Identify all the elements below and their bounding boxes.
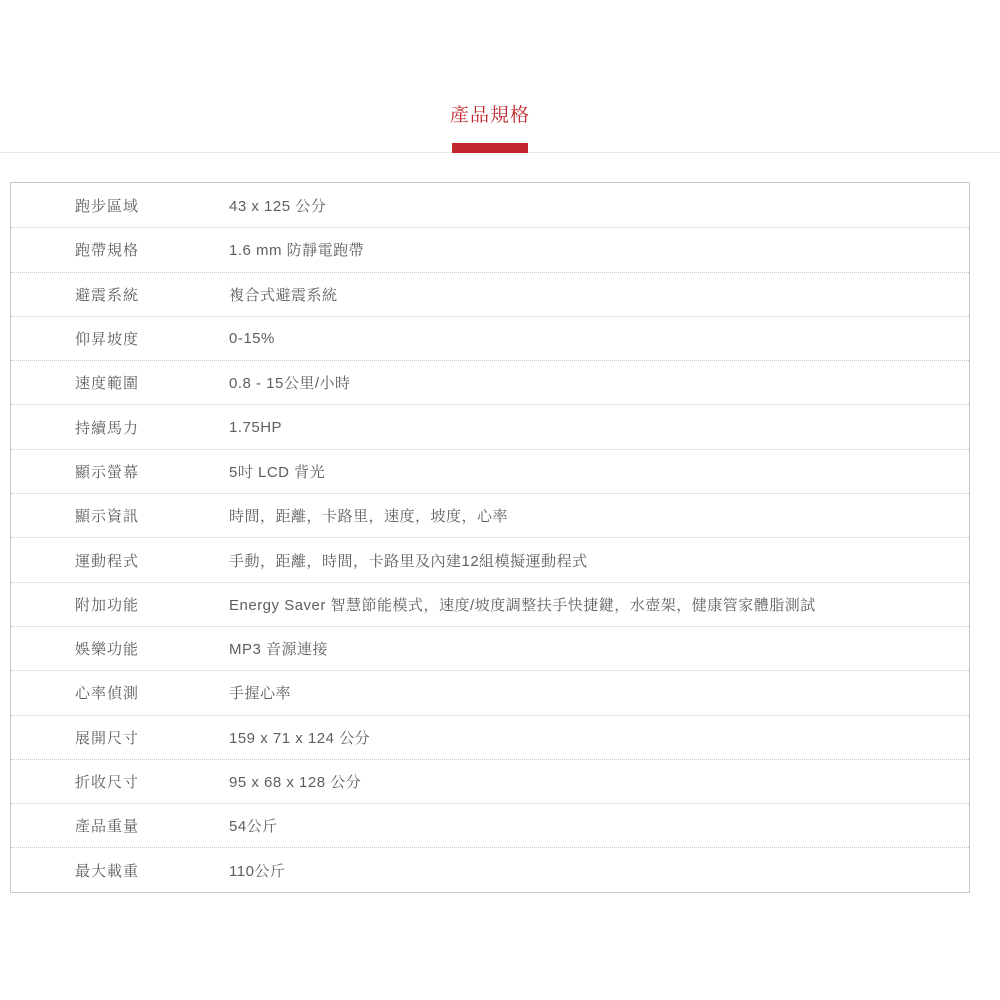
spec-label: 最大載重 [75, 860, 229, 881]
spec-value: 5吋 LCD 背光 [229, 461, 325, 482]
spec-value: 0-15% [229, 330, 275, 347]
spec-row: 顯示螢幕 5吋 LCD 背光 [11, 449, 969, 493]
spec-label: 速度範圍 [75, 372, 229, 393]
spec-row: 避震系統 複合式避震系統 [11, 272, 969, 316]
spec-row: 折收尺寸 95 x 68 x 128 公分 [11, 759, 969, 803]
spec-label: 持續馬力 [75, 417, 229, 438]
spec-value: 43 x 125 公分 [229, 195, 326, 216]
spec-row: 跑步區域 43 x 125 公分 [11, 183, 969, 227]
spec-row: 最大載重 110公斤 [11, 847, 969, 891]
spec-row: 持續馬力 1.75HP [11, 404, 969, 448]
spec-value: 159 x 71 x 124 公分 [229, 727, 370, 748]
spec-row: 顯示資訊 時間，距離，卡路里，速度，坡度，心率 [11, 493, 969, 537]
spec-row: 仰昇坡度 0-15% [11, 316, 969, 360]
spec-value: 手握心率 [229, 682, 291, 703]
spec-row: 心率偵測 手握心率 [11, 670, 969, 714]
spec-value: 手動，距離，時間，卡路里及內建12組模擬運動程式 [229, 550, 588, 571]
spec-value: 54公斤 [229, 815, 278, 836]
spec-label: 跑步區域 [75, 195, 229, 216]
spec-value: 時間，距離，卡路里，速度，坡度，心率 [229, 505, 508, 526]
spec-row: 速度範圍 0.8 - 15公里/小時 [11, 360, 969, 404]
spec-label: 心率偵測 [75, 682, 229, 703]
spec-label: 展開尺寸 [75, 727, 229, 748]
spec-label: 折收尺寸 [75, 771, 229, 792]
spec-label: 運動程式 [75, 550, 229, 571]
spec-value: 110公斤 [229, 860, 285, 881]
spec-row: 展開尺寸 159 x 71 x 124 公分 [11, 715, 969, 759]
spec-label: 產品重量 [75, 815, 229, 836]
spec-value: MP3 音源連接 [229, 638, 328, 659]
spec-label: 跑帶規格 [75, 239, 229, 260]
section-title: 產品規格 [10, 100, 970, 127]
spec-row: 附加功能 Energy Saver 智慧節能模式，速度/坡度調整扶手快捷鍵，水壺… [11, 582, 969, 626]
spec-value: 1.6 mm 防靜電跑帶 [229, 239, 364, 260]
spec-label: 娛樂功能 [75, 638, 229, 659]
spec-label: 避震系統 [75, 284, 229, 305]
spec-value: 1.75HP [229, 419, 282, 436]
spec-label: 仰昇坡度 [75, 328, 229, 349]
spec-label: 附加功能 [75, 594, 229, 615]
spec-row: 跑帶規格 1.6 mm 防靜電跑帶 [11, 227, 969, 271]
spec-value: 95 x 68 x 128 公分 [229, 771, 361, 792]
spec-value: 0.8 - 15公里/小時 [229, 372, 351, 393]
title-accent-bar [452, 143, 528, 153]
spec-row: 娛樂功能 MP3 音源連接 [11, 626, 969, 670]
spec-row: 運動程式 手動，距離，時間，卡路里及內建12組模擬運動程式 [11, 537, 969, 581]
product-spec-page: 產品規格 跑步區域 43 x 125 公分 跑帶規格 1.6 mm 防靜電跑帶 … [0, 0, 1000, 1000]
spec-label: 顯示資訊 [75, 505, 229, 526]
spec-value: Energy Saver 智慧節能模式，速度/坡度調整扶手快捷鍵，水壺架，健康管… [229, 594, 816, 615]
spec-row: 產品重量 54公斤 [11, 803, 969, 847]
spec-table: 跑步區域 43 x 125 公分 跑帶規格 1.6 mm 防靜電跑帶 避震系統 … [10, 182, 970, 893]
spec-label: 顯示螢幕 [75, 461, 229, 482]
spec-value: 複合式避震系統 [229, 284, 338, 305]
